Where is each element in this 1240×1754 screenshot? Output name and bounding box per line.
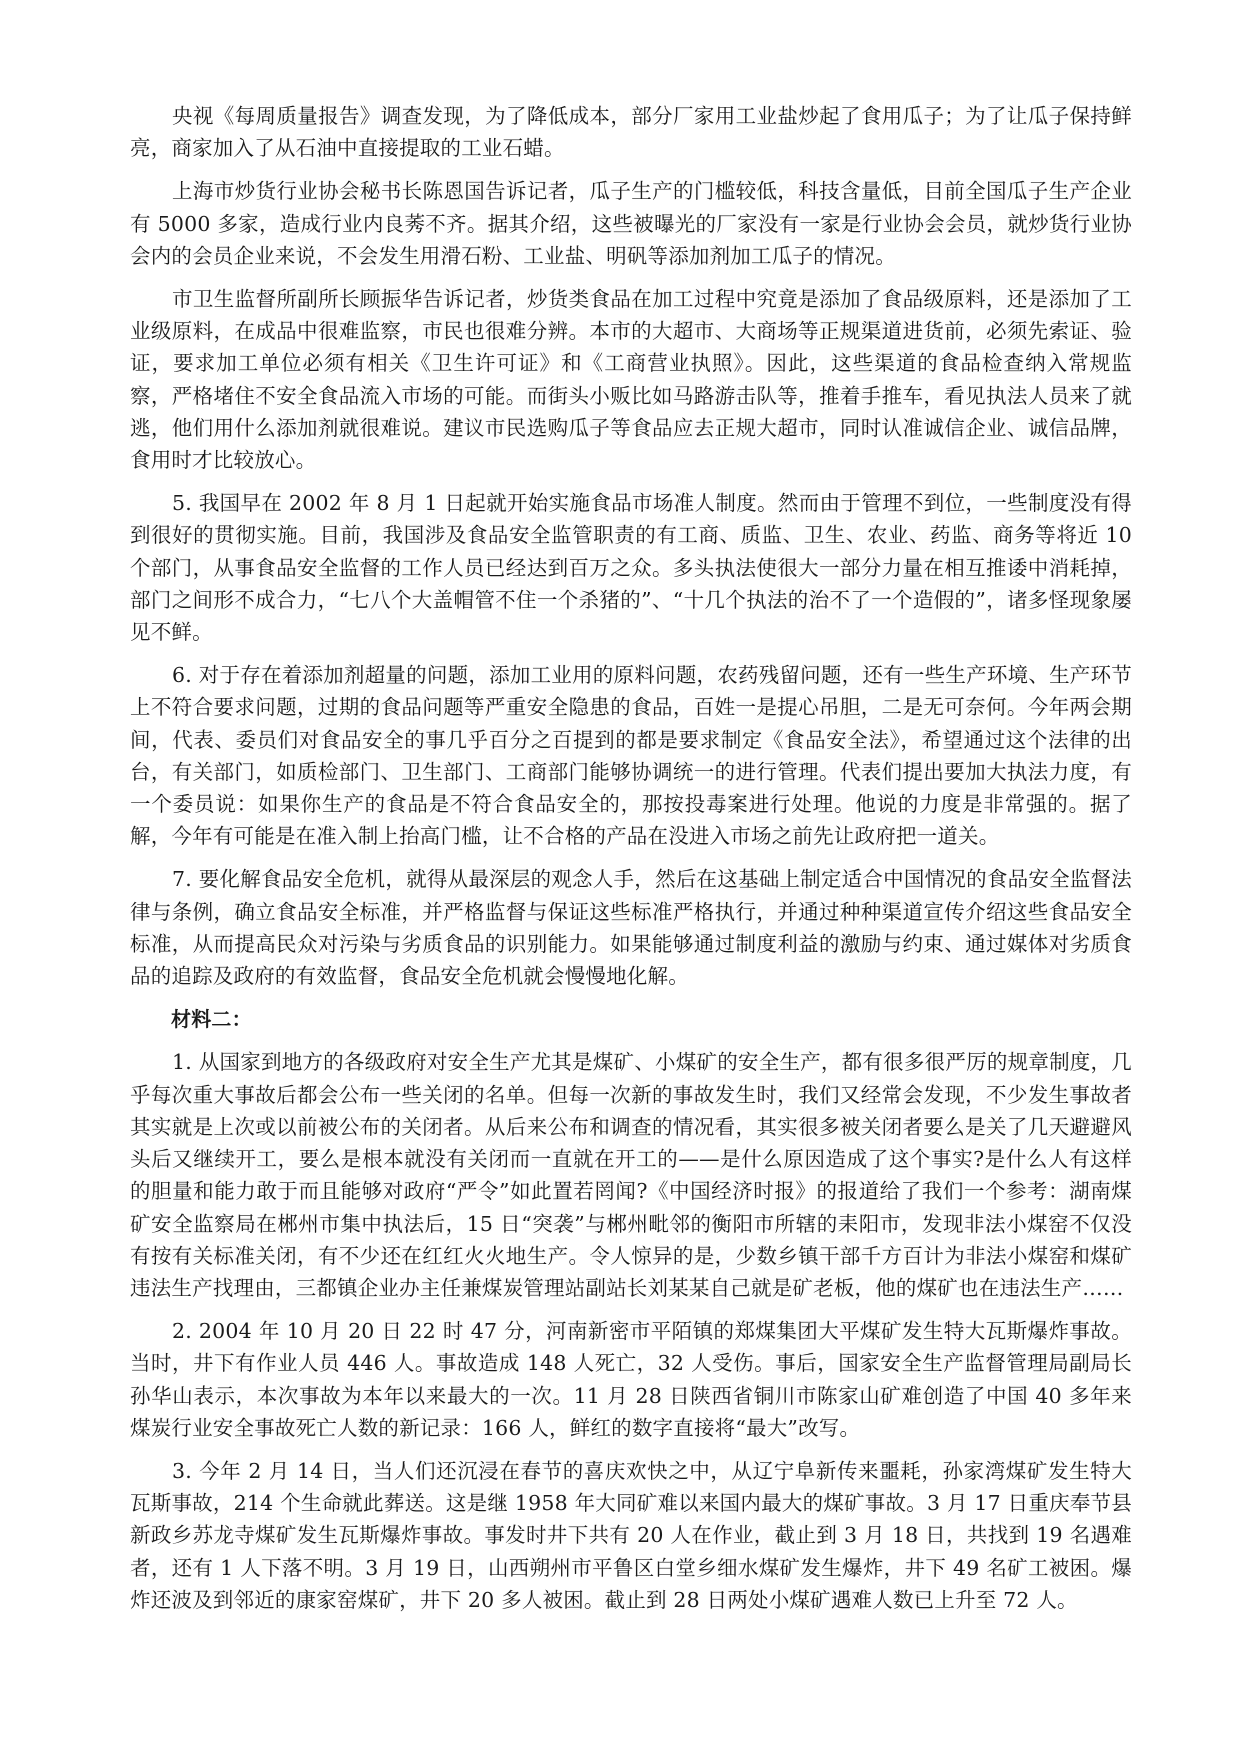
paragraph-item-6: 6. 对于存在着添加剂超量的问题，添加工业用的原料问题，农药残留问题，还有一些生…	[130, 659, 1132, 852]
paragraph-industry-association: 上海市炒货行业协会秘书长陈恩国告诉记者，瓜子生产的门槛较低，科技含量低，目前全国…	[130, 175, 1132, 272]
paragraph-material2-item-3: 3. 今年 2 月 14 日，当人们还沉浸在春节的喜庆欢快之中，从辽宁阜新传来噩…	[130, 1455, 1132, 1616]
paragraph-material2-item-1: 1. 从国家到地方的各级政府对安全生产尤其是煤矿、小煤矿的安全生产，都有很多很严…	[130, 1046, 1132, 1304]
paragraph-item-7: 7. 要化解食品安全危机，就得从最深层的观念人手，然后在这基础上制定适合中国情况…	[130, 863, 1132, 992]
paragraph-item-5: 5. 我国早在 2002 年 8 月 1 日起就开始实施食品市场准人制度。然而由…	[130, 487, 1132, 648]
paragraph-health-supervision: 市卫生监督所副所长顾振华告诉记者，炒货类食品在加工过程中究竟是添加了食品级原料，…	[130, 283, 1132, 476]
document-page: 央视《每周质量报告》调查发现，为了降低成本，部分厂家用工业盐炒起了食用瓜子；为了…	[130, 100, 1132, 1627]
paragraph-material2-item-2: 2. 2004 年 10 月 20 日 22 时 47 分，河南新密市平陌镇的郑…	[130, 1315, 1132, 1444]
paragraph-melon-seeds-report: 央视《每周质量报告》调查发现，为了降低成本，部分厂家用工业盐炒起了食用瓜子；为了…	[130, 100, 1132, 164]
section-heading-material-2: 材料二：	[130, 1003, 1132, 1035]
